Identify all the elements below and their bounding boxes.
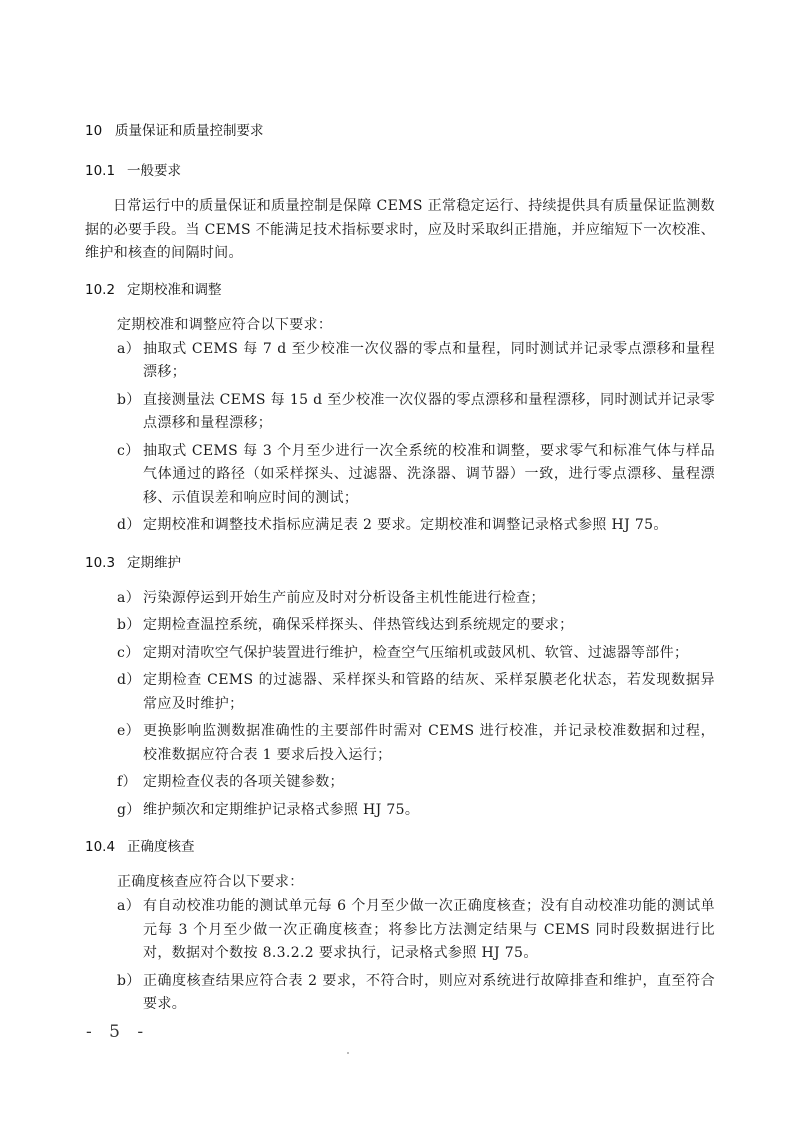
list-item-text: 更换影响监测数据准确性的主要部件时需对 CEMS 进行校准，并记录校准数据和过程… bbox=[143, 720, 715, 767]
list-item: b） 直接测量法 CEMS 每 15 d 至少校准一次仪器的零点漂移和量程漂移，… bbox=[85, 389, 715, 436]
list-item-text: 定期检查 CEMS 的过滤器、采样探头和管路的结灰、采样泵膜老化状态，若发现数据… bbox=[143, 669, 715, 716]
list-item-text: 污染源停运到开始生产前应及时对分析设备主机性能进行检查； bbox=[143, 587, 715, 611]
list-item-text: 直接测量法 CEMS 每 15 d 至少校准一次仪器的零点漂移和量程漂移，同时测… bbox=[143, 389, 715, 436]
list-item-text: 有自动校准功能的测试单元每 6 个月至少做一次正确度核查；没有自动校准功能的测试… bbox=[143, 895, 715, 966]
list-marker: d） bbox=[117, 669, 143, 716]
list-marker: b） bbox=[117, 970, 143, 1017]
list-marker: d） bbox=[117, 514, 143, 538]
list-marker: f） bbox=[117, 771, 143, 795]
subsection-number: 10.4 bbox=[85, 837, 127, 857]
subsection-number: 10.1 bbox=[85, 161, 127, 181]
accuracy-check-requirements-list: a） 有自动校准功能的测试单元每 6 个月至少做一次正确度核查；没有自动校准功能… bbox=[85, 895, 715, 1017]
list-item: b） 正确度核查结果应符合表 2 要求，不符合时，则应对系统进行故障排查和维护，… bbox=[85, 970, 715, 1017]
subsection-heading-10-2: 10.2 定期校准和调整 bbox=[85, 280, 715, 300]
list-item: f） 定期检查仪表的各项关键参数； bbox=[85, 771, 715, 795]
calibration-requirements-list: a） 抽取式 CEMS 每 7 d 至少校准一次仪器的零点和量程，同时测试并记录… bbox=[85, 338, 715, 538]
subsection-heading-10-4: 10.4 正确度核查 bbox=[85, 837, 715, 857]
list-item-text: 正确度核查结果应符合表 2 要求，不符合时，则应对系统进行故障排查和维护，直至符… bbox=[143, 970, 715, 1017]
list-marker: b） bbox=[117, 389, 143, 436]
list-item: d） 定期校准和调整技术指标应满足表 2 要求。定期校准和调整记录格式参照 HJ… bbox=[85, 514, 715, 538]
list-item-text: 维护频次和定期维护记录格式参照 HJ 75。 bbox=[143, 799, 715, 823]
scan-artifact bbox=[347, 1052, 349, 1054]
list-item: c） 抽取式 CEMS 每 3 个月至少进行一次全系统的校准和调整，要求零气和标… bbox=[85, 440, 715, 511]
section-heading: 10 质量保证和质量控制要求 bbox=[85, 121, 715, 141]
section-title: 质量保证和质量控制要求 bbox=[115, 121, 264, 141]
list-item: a） 污染源停运到开始生产前应及时对分析设备主机性能进行检查； bbox=[85, 587, 715, 611]
list-item: a） 有自动校准功能的测试单元每 6 个月至少做一次正确度核查；没有自动校准功能… bbox=[85, 895, 715, 966]
maintenance-requirements-list: a） 污染源停运到开始生产前应及时对分析设备主机性能进行检查； b） 定期检查温… bbox=[85, 587, 715, 823]
list-item-text: 抽取式 CEMS 每 7 d 至少校准一次仪器的零点和量程，同时测试并记录零点漂… bbox=[143, 338, 715, 385]
subsection-title: 正确度核查 bbox=[127, 837, 195, 857]
list-marker: a） bbox=[117, 587, 143, 611]
list-item-text: 定期对清吹空气保护装置进行维护，检查空气压缩机或鼓风机、软管、过滤器等部件； bbox=[143, 642, 715, 666]
subsection-heading-10-1: 10.1 一般要求 bbox=[85, 161, 715, 181]
list-item: a） 抽取式 CEMS 每 7 d 至少校准一次仪器的零点和量程，同时测试并记录… bbox=[85, 338, 715, 385]
list-marker: c） bbox=[117, 440, 143, 511]
page-content: 10 质量保证和质量控制要求 10.1 一般要求 日常运行中的质量保证和质量控制… bbox=[85, 121, 715, 1032]
list-item: e） 更换影响监测数据准确性的主要部件时需对 CEMS 进行校准，并记录校准数据… bbox=[85, 720, 715, 767]
list-item: c） 定期对清吹空气保护装置进行维护，检查空气压缩机或鼓风机、软管、过滤器等部件… bbox=[85, 642, 715, 666]
list-item: b） 定期检查温控系统，确保采样探头、伴热管线达到系统规定的要求； bbox=[85, 614, 715, 638]
section-number: 10 bbox=[85, 121, 115, 141]
list-item-text: 定期校准和调整技术指标应满足表 2 要求。定期校准和调整记录格式参照 HJ 75… bbox=[143, 514, 715, 538]
list-item: g） 维护频次和定期维护记录格式参照 HJ 75。 bbox=[85, 799, 715, 823]
accuracy-check-intro: 正确度核查应符合以下要求： bbox=[85, 871, 715, 894]
general-requirements-paragraph: 日常运行中的质量保证和质量控制是保障 CEMS 正常稳定运行、持续提供具有质量保… bbox=[85, 195, 715, 266]
subsection-title: 一般要求 bbox=[127, 161, 181, 181]
list-marker: g） bbox=[117, 799, 143, 823]
subsection-number: 10.2 bbox=[85, 280, 127, 300]
subsection-heading-10-3: 10.3 定期维护 bbox=[85, 553, 715, 573]
page-number: - 5 - bbox=[86, 1022, 149, 1042]
subsection-title: 定期维护 bbox=[127, 553, 181, 573]
subsection-number: 10.3 bbox=[85, 553, 127, 573]
subsection-title: 定期校准和调整 bbox=[127, 280, 222, 300]
list-marker: a） bbox=[117, 338, 143, 385]
list-item: d） 定期检查 CEMS 的过滤器、采样探头和管路的结灰、采样泵膜老化状态，若发… bbox=[85, 669, 715, 716]
list-item-text: 抽取式 CEMS 每 3 个月至少进行一次全系统的校准和调整，要求零气和标准气体… bbox=[143, 440, 715, 511]
list-marker: b） bbox=[117, 614, 143, 638]
list-marker: c） bbox=[117, 642, 143, 666]
calibration-intro: 定期校准和调整应符合以下要求： bbox=[85, 314, 715, 337]
list-marker: e） bbox=[117, 720, 143, 767]
list-item-text: 定期检查温控系统，确保采样探头、伴热管线达到系统规定的要求； bbox=[143, 614, 715, 638]
list-item-text: 定期检查仪表的各项关键参数； bbox=[143, 771, 715, 795]
list-marker: a） bbox=[117, 895, 143, 966]
document-page: 10 质量保证和质量控制要求 10.1 一般要求 日常运行中的质量保证和质量控制… bbox=[0, 0, 793, 1122]
